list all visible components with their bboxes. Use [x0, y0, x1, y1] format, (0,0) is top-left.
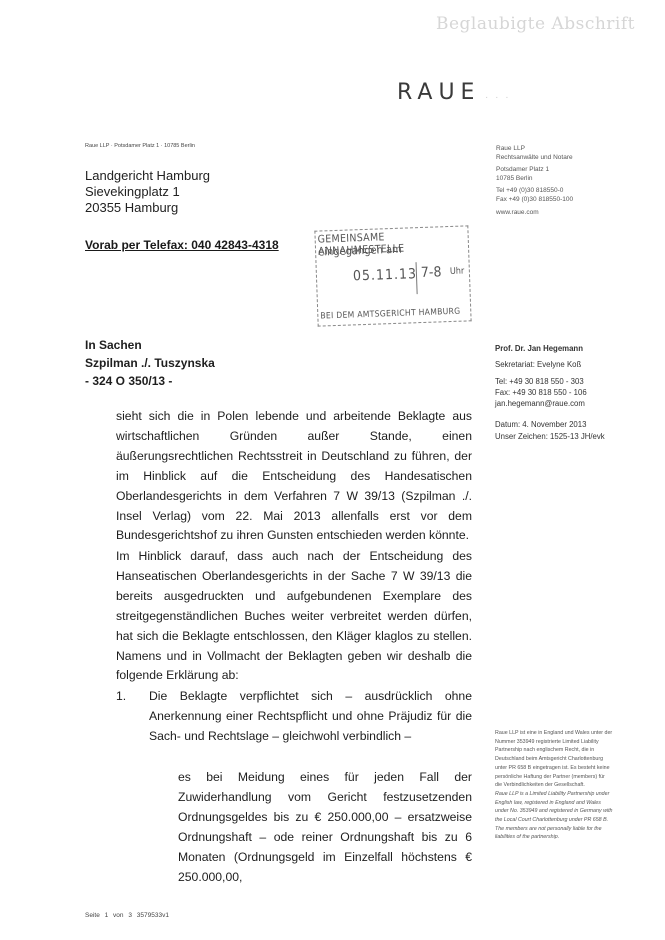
contact-fax: Fax: +49 30 818 550 - 106: [495, 387, 605, 398]
firm-name: Raue LLP: [496, 145, 573, 154]
case-number: - 324 O 350/13 -: [85, 372, 215, 390]
stamp-time-unit: Uhr: [450, 267, 465, 277]
stamp-date: 05.11.13: [353, 266, 418, 284]
legal-notice-english: Raue LLP is a Limited Liability Partners…: [495, 790, 613, 842]
firm-subtitle: Rechtsanwälte und Notare: [496, 154, 573, 163]
contact-name: Prof. Dr. Jan Hegemann: [495, 343, 605, 354]
our-reference: Unser Zeichen: 1525-13 JH/evk: [495, 431, 605, 442]
firm-street: Potsdamer Platz 1: [496, 166, 573, 175]
receipt-stamp: GEMEINSAME ANNAHMESTELLE eingegangen am …: [314, 225, 471, 326]
contact-tel: Tel: +49 30 818 550 - 303: [495, 376, 605, 387]
document-id: 3579533v1: [137, 912, 169, 919]
recipient-line: Landgericht Hamburg: [85, 168, 210, 184]
stamp-footer: BEI DEM AMTSGERICHT HAMBURG: [320, 307, 460, 322]
contact-email: jan.hegemann@raue.com: [495, 398, 605, 409]
legal-notice-german: Raue LLP ist eine in England und Wales u…: [495, 729, 613, 790]
body-paragraph-2: Im Hinblick darauf, dass auch nach der E…: [116, 547, 472, 686]
stamp-time: 7-8: [421, 264, 442, 281]
list-item-subclause: es bei Meidung eines für jeden Fall der …: [178, 768, 472, 887]
case-parties: Szpilman ./. Tuszynska: [85, 354, 215, 372]
fax-notice: Vorab per Telefax: 040 42843-4318: [85, 238, 279, 252]
logo-decoration: · · ·: [485, 92, 511, 103]
body-paragraph-1: sieht sich die in Polen lebende und arbe…: [116, 407, 472, 546]
legal-notice: Raue LLP ist eine in England und Wales u…: [495, 729, 613, 842]
sender-return-address: Raue LLP · Potsdamer Platz 1 · 10785 Ber…: [85, 143, 195, 149]
case-label: In Sachen: [85, 336, 215, 354]
case-reference: In Sachen Szpilman ./. Tuszynska - 324 O…: [85, 336, 215, 390]
list-item-number: 1.: [116, 687, 126, 707]
page-number: Seite 1 von 3: [85, 912, 132, 919]
letter-date: Datum: 4. November 2013: [495, 419, 605, 430]
firm-web: www.raue.com: [496, 209, 573, 218]
list-item-text: Die Beklagte verpflichtet sich – ausdrüc…: [149, 687, 472, 747]
stamp-divider: [416, 262, 418, 294]
contact-secretary: Sekretariat: Evelyne Koß: [495, 359, 605, 370]
firm-tel: Tel +49 (0)30 818550-0: [496, 187, 573, 196]
stamp-received-label: eingegangen am: [318, 243, 402, 259]
certified-copy-stamp: Beglaubigte Abschrift: [436, 14, 635, 34]
recipient-line: Sievekingplatz 1: [85, 184, 210, 200]
contact-block: Prof. Dr. Jan Hegemann Sekretariat: Evel…: [495, 343, 605, 442]
firm-logo: RAUE: [397, 80, 480, 105]
page-footer: Seite 1 von 3 3579533v1: [85, 912, 169, 919]
firm-city: 10785 Berlin: [496, 175, 573, 184]
recipient-line: 20355 Hamburg: [85, 200, 210, 216]
firm-info: Raue LLP Rechtsanwälte und Notare Potsda…: [496, 145, 573, 217]
firm-fax: Fax +49 (0)30 818550-100: [496, 196, 573, 205]
recipient-address: Landgericht Hamburg Sievekingplatz 1 203…: [85, 168, 210, 216]
